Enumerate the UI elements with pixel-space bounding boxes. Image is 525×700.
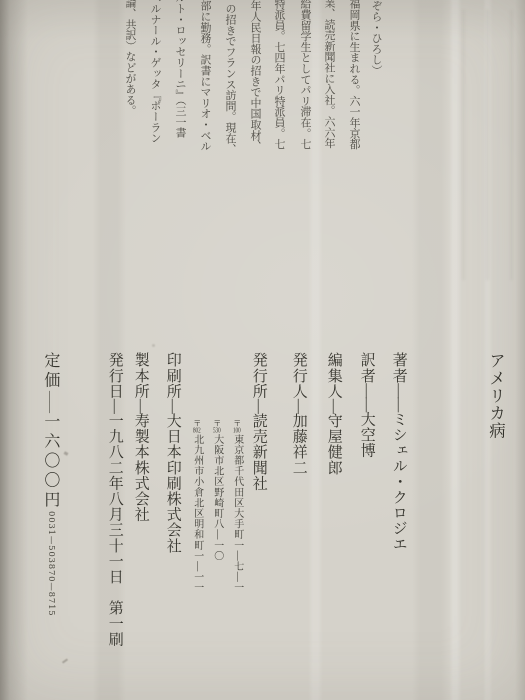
address-text: 北九州市小倉北区明和町一―一一 <box>192 434 203 593</box>
author-label: 著者 <box>391 352 407 383</box>
dash-rule: ― <box>133 399 149 413</box>
binder-name: 寿製本株式会社 <box>133 413 149 522</box>
colophon-price-row: 定価――一六〇〇円 <box>40 352 59 511</box>
translator-label: 訳者 <box>359 352 375 383</box>
bio-column: の招きでフランス訪問。現在、 <box>223 3 236 154</box>
bio-column: ルト・ロッセリーニ』（三一書 <box>173 0 186 138</box>
translator-name: 大空博 <box>359 411 375 458</box>
publication-date: 一九八二年八月三十一日 第一刷 <box>107 413 123 647</box>
address-text: 大阪市北区野崎町八―一〇 <box>212 434 223 561</box>
publisher-name: 読売新聞社 <box>251 413 267 491</box>
dash-rule: ―― <box>359 383 375 411</box>
price-value: 一六〇〇円 <box>42 413 59 511</box>
bio-column-name-reading: ぞら・ひろし） <box>369 0 382 76</box>
dash-rule: ―― <box>391 383 407 411</box>
colophon-binder-row: 製本所―寿製本株式会社 <box>131 352 149 522</box>
binder-label: 製本所 <box>133 352 149 399</box>
postal-mark: 〒 <box>213 419 222 427</box>
dash-rule: ― <box>326 399 342 413</box>
publisher-address-osaka: 〒530大阪市北区野崎町八―一〇 <box>211 419 223 561</box>
publisher-address-tokyo: 〒100東京都千代田区大手町一―七―一 <box>231 419 243 593</box>
colophon-printer-row: 印刷所―大日本印刷株式会社 <box>163 352 181 553</box>
colophon-editor-row: 編集人―守屋健郎 <box>324 352 342 475</box>
colophon-issuer-row: 発行人―加藤祥二 <box>289 352 307 475</box>
postal-mark: 〒 <box>193 419 202 427</box>
bio-column: 特派員。七四年パリ特派員。七 <box>272 0 285 149</box>
author-name: ミシェル・クロジエ <box>391 411 407 551</box>
postal-code: 802 <box>193 427 201 434</box>
paper-speck <box>64 451 69 456</box>
showthrough-ghost-text <box>462 10 517 280</box>
editor-label: 編集人 <box>326 352 342 399</box>
address-text: 東京都千代田区大手町一―七―一 <box>232 434 243 593</box>
date-label: 発行日 <box>107 352 123 399</box>
book-title: アメリカ病 <box>486 352 505 440</box>
editor-name: 守屋健郎 <box>326 413 342 475</box>
bio-column: 給費留学生としてパリ滞在。七 <box>298 0 311 149</box>
book-colophon-page: ぞら・ひろし） 福岡県に生まれる。六一年京都 業、読売新聞社に入社。六六年 給費… <box>0 0 525 700</box>
colophon-publication-date-row: 発行日―一九八二年八月三十一日 第一刷 <box>105 352 123 647</box>
bio-column: 論、共訳）などがある。 <box>123 0 136 116</box>
publisher-address-kitakyushu: 〒802北九州市小倉北区明和町一―一一 <box>191 419 203 593</box>
bio-column: 部に勤務。訳書にマリオ・ベル <box>198 0 211 151</box>
publisher-label: 発行所 <box>251 352 267 399</box>
dash-rule: ― <box>165 399 181 413</box>
book-code-number: 0031—503870—8715 <box>46 511 56 617</box>
paper-speck <box>62 658 68 663</box>
bio-column: 福岡県に生まれる。六一年京都 <box>347 0 360 149</box>
postal-code: 530 <box>213 427 221 434</box>
paper-speck <box>152 344 155 347</box>
colophon-translator-row: 訳者――大空博 <box>357 352 375 458</box>
dash-rule: ―― <box>44 391 56 413</box>
colophon-publisher-row: 発行所―読売新聞社 <box>249 352 267 491</box>
bio-column: 年人民日報の招きで中国取材、 <box>248 0 261 151</box>
page-left-shadow <box>0 0 28 700</box>
postal-mark: 〒 <box>233 419 242 427</box>
issuer-label: 発行人 <box>291 352 307 399</box>
dash-rule: ― <box>107 399 123 413</box>
dash-rule: ― <box>251 399 267 413</box>
issuer-name: 加藤祥二 <box>291 413 307 475</box>
bio-column: ベルナール・ゲッタ『ポーラン <box>148 0 161 143</box>
bio-column: 業、読売新聞社に入社。六六年 <box>322 0 335 148</box>
colophon-author-row: 著者――ミシェル・クロジエ <box>389 352 407 552</box>
price-label: 定価 <box>42 352 59 391</box>
dash-rule: ― <box>291 399 307 413</box>
printer-name: 大日本印刷株式会社 <box>165 413 181 553</box>
printer-label: 印刷所 <box>165 352 181 399</box>
postal-code: 100 <box>233 427 241 434</box>
